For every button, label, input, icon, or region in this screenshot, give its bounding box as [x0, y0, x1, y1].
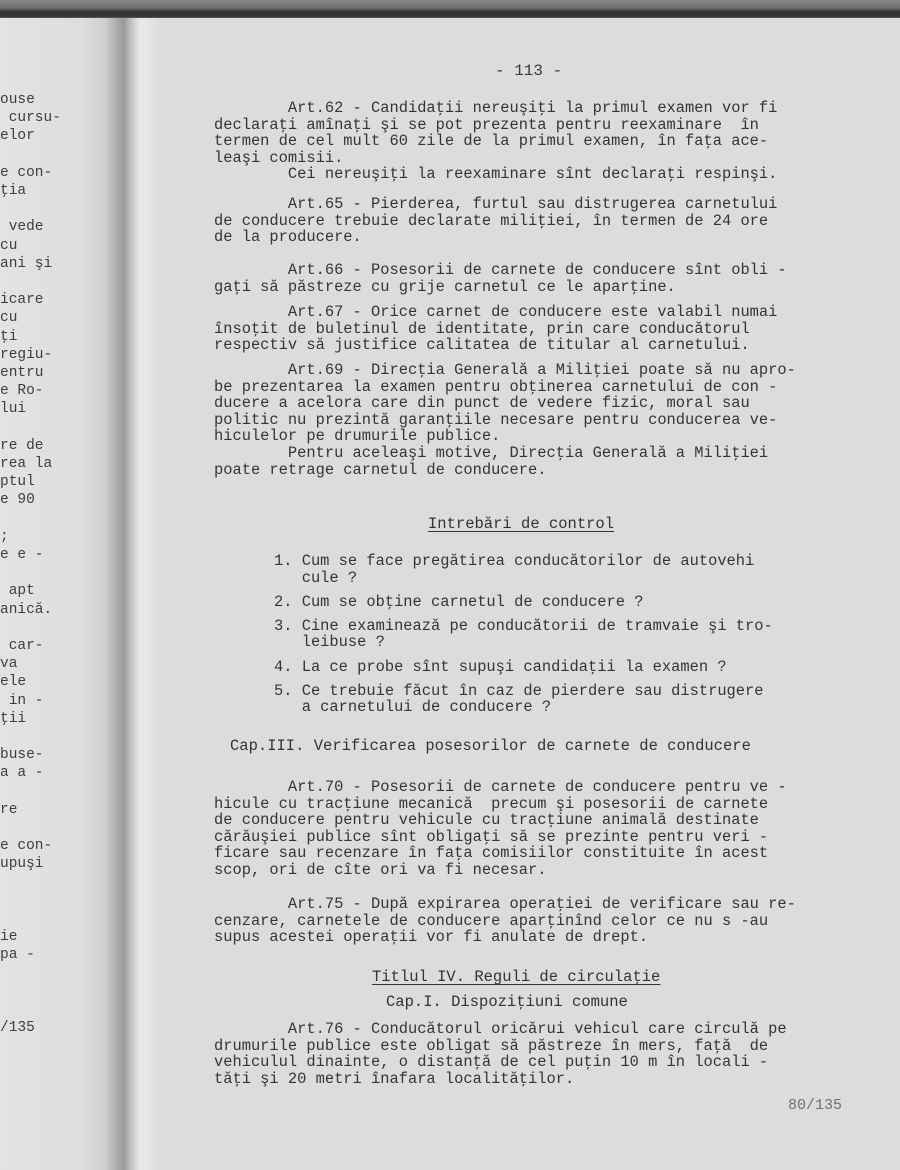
left-page-fragment: car-: [0, 638, 44, 654]
article-66: Art.66 - Posesorii de carnete de conduce…: [214, 262, 874, 295]
left-page-fragment: buse-: [0, 747, 44, 763]
scanner-top-edge: [0, 0, 900, 20]
left-page-fragment: lui: [0, 401, 26, 417]
article-65: Art.65 - Pierderea, furtul sau distruger…: [214, 196, 874, 246]
left-page-fragment: ele: [0, 674, 26, 690]
left-page-fragment: ie: [0, 929, 17, 945]
page-footer-counter: 80/135: [788, 1097, 842, 1114]
left-page-fragment: vede: [0, 219, 44, 235]
left-page-fragment: re: [0, 802, 17, 818]
left-page-fragment: icare: [0, 292, 44, 308]
left-page-fragment: ţii: [0, 711, 26, 727]
left-page-fragment: upuşi: [0, 856, 44, 872]
left-page-fragment: entru: [0, 365, 44, 381]
left-page-fragment: /135: [0, 1020, 35, 1036]
chapter-1-heading: Cap.I. Dispoziţiuni comune: [386, 993, 628, 1011]
left-page-fragment: apt: [0, 583, 35, 599]
article-70: Art.70 - Posesorii de carnete de conduce…: [214, 779, 874, 879]
left-page-fragment: cu: [0, 310, 17, 326]
article-69: Art.69 - Direcţia Generală a Miliţiei po…: [214, 362, 874, 478]
control-questions-heading: Intrebări de control: [428, 515, 614, 533]
left-page-fragment: e con-: [0, 165, 52, 181]
left-page-fragment: rea la: [0, 456, 52, 472]
left-page-fragment: ţi: [0, 329, 17, 345]
left-page-fragment: ouse: [0, 92, 35, 108]
left-page-fragment: e e -: [0, 547, 44, 563]
page-number: - 113 -: [495, 62, 562, 80]
left-page-fragment: pa -: [0, 947, 35, 963]
control-question-5: 5. Ce trebuie făcut în caz de pierdere s…: [274, 683, 764, 716]
article-62: Art.62 - Candidaţii nereuşiţi la primul …: [214, 100, 874, 183]
left-page-fragment: elor: [0, 128, 35, 144]
left-page-fragment: a a -: [0, 765, 44, 781]
left-page-fragment: e Ro-: [0, 383, 44, 399]
control-question-1: 1. Cum se face pregătirea conducătorilor…: [274, 553, 754, 586]
left-page-fragment: anică.: [0, 602, 52, 618]
article-75: Art.75 - După expirarea operaţiei de ver…: [214, 896, 874, 946]
title-4-heading: Titlul IV. Reguli de circulaţie: [372, 968, 660, 986]
left-page-fragment: e 90: [0, 492, 35, 508]
control-question-2: 2. Cum se obţine carnetul de conducere ?: [274, 594, 643, 611]
book-gutter: [124, 18, 160, 1170]
chapter-3-heading: Cap.III. Verificarea posesorilor de carn…: [230, 737, 751, 755]
left-page-fragment: in -: [0, 693, 44, 709]
left-page-fragment: e con-: [0, 838, 52, 854]
left-page-fragment: ani şi: [0, 256, 52, 272]
left-page-fragment: ;: [0, 529, 9, 545]
left-page-fragment: cu: [0, 238, 17, 254]
left-page-fragment: ptul: [0, 474, 35, 490]
left-page-fragment: regiu-: [0, 347, 52, 363]
left-page-fragment: re de: [0, 438, 44, 454]
left-page-fragment: va: [0, 656, 17, 672]
control-question-4: 4. La ce probe sînt supuşi candidaţii la…: [274, 659, 727, 676]
left-page-fragment: cursu-: [0, 110, 61, 126]
article-76: Art.76 - Conducătorul oricărui vehicul c…: [214, 1021, 874, 1087]
left-page-fragment: ţia: [0, 183, 26, 199]
control-question-3: 3. Cine examinează pe conducătorii de tr…: [274, 618, 773, 651]
article-67: Art.67 - Orice carnet de conducere este …: [214, 304, 874, 354]
